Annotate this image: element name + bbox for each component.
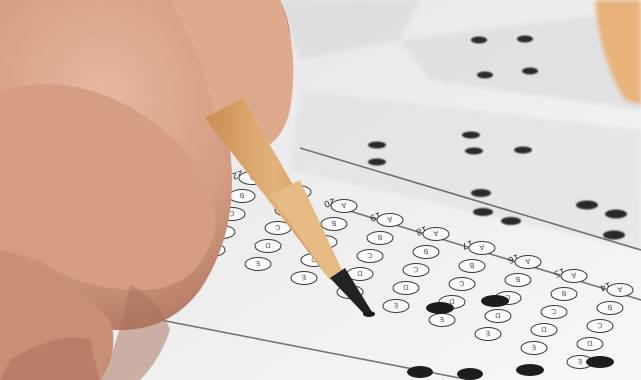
photo-scene: 14ABCDE15ABCDE16ABCDE17ABCDE18ABCDE19ABC… — [0, 0, 641, 380]
